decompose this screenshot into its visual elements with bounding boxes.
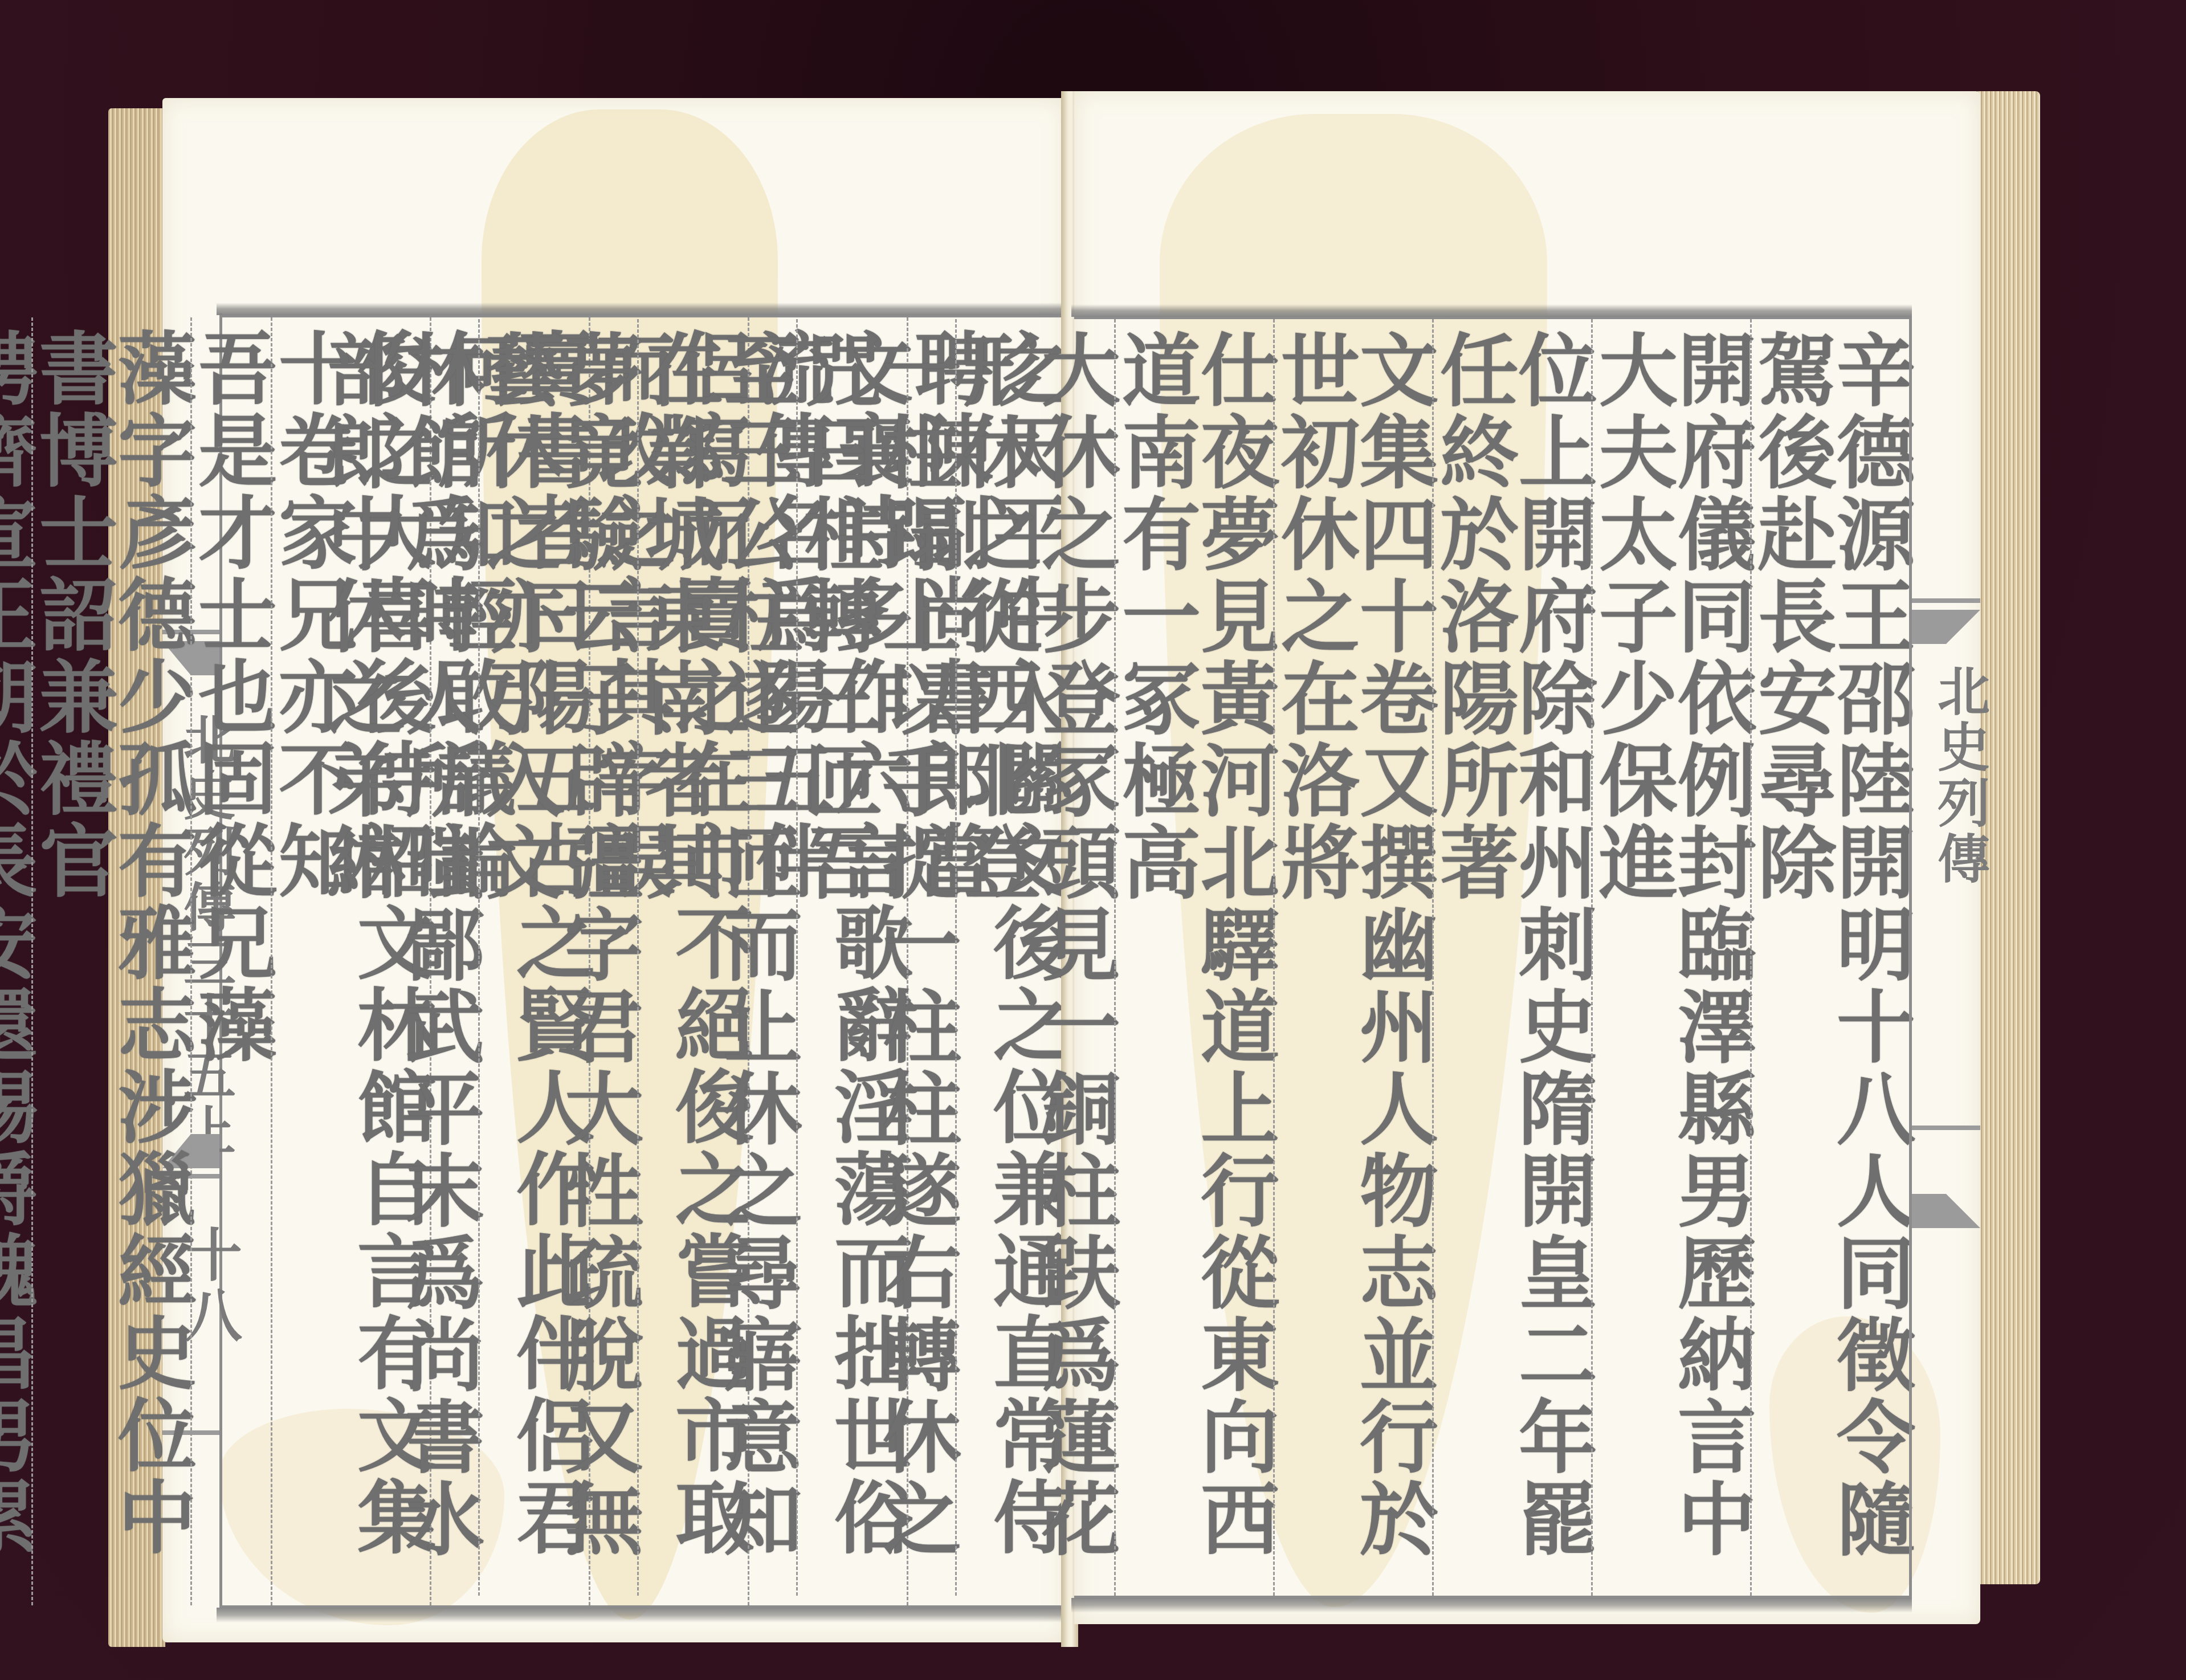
lower-fish-tail [1912,1194,1980,1228]
right-page: 辛德源王邵陸開明十八人同徵令隨駕後赴長安尋除 開府儀同依例封臨澤縣男歷納言中大夫… [1074,91,1980,1624]
text-column: 林館爲時人所嗤鄙武平末爲尚書水部郎中休之弟綝 [321,319,478,1596]
text-column: 夢竟驗云子辟彊字君大性疏脫又無藝休之亦引入文 [478,319,637,1596]
text-columns: 辛德源王邵陸開明十八人同徵令隨駕後赴長安尋除 開府儀同依例封臨澤縣男歷納言中大夫… [1074,319,1909,1596]
text-column: 位上開府除和州刺史隋開皇二年罷任終於洛陽所著 [1432,319,1591,1596]
text-column: 吾是才士也固從兄藻 [190,317,271,1605]
upper-fish-tail [1912,610,1980,644]
book-title: 北史列傳 [1922,664,1997,887]
text-column: 文集四十卷又撰幽州人物志並行於世初休之在洛將 [1273,319,1432,1596]
text-column: 大休之步登冢頭見一銅柱趺爲蓮花形休之從西北登 [955,319,1114,1596]
text-column: 至三公柱遂三匝而止休之尋寤意知在鄴城東南者其 [637,319,796,1596]
text-column: 一柱蹋上以手捉一柱柱遂右轉休之咒曰柱轉三匝吾 [796,319,955,1596]
fish-tail-margin: 北史列傳 [1909,316,1980,1599]
text-column: 開府儀同依例封臨澤縣男歷納言中大夫太子少保進 [1591,319,1750,1596]
text-frame: 辛德源王邵陸開明十八人同徵令隨駕後赴長安尋除 開府儀同依例封臨澤縣男歷納言中大夫… [1074,316,1912,1599]
text-column: 藻字彥德少孤有雅志涉獵經史位中書博士詔兼禮官 [31,317,190,1605]
text-column: 仕夜夢見黃河北驛道上行從東向西道南有一冢極高 [1114,319,1273,1596]
text-column: 辛德源王邵陸開明十八人同徵令隨駕後赴長安尋除 [1750,319,1909,1596]
